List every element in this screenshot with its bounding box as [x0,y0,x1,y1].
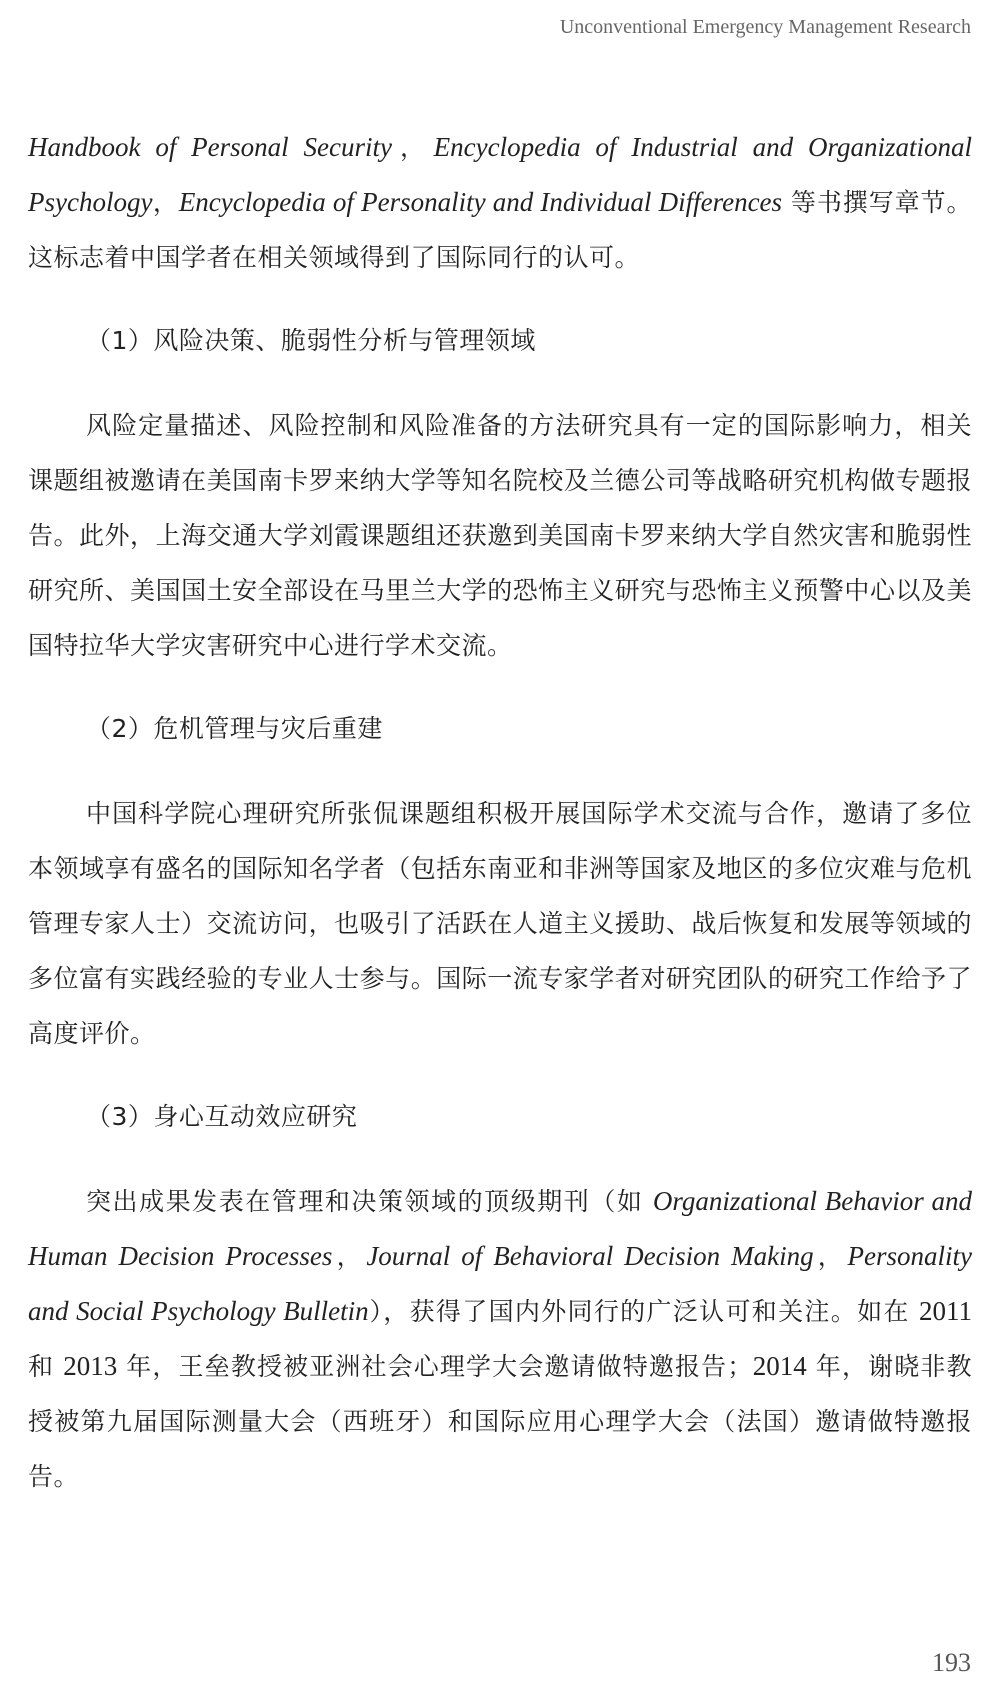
book-title: Encyclopedia of Personality and Individu… [179,187,782,217]
body-text: ），获得了国内外同行的广泛认可和关注。如在 [369,1297,919,1326]
section-body-2: 中国科学院心理研究所张侃课题组积极开展国际学术交流与合作，邀请了多位本领域享有盛… [28,786,972,1061]
section-heading-2: （2）危机管理与灾后重建 [28,701,972,756]
separator: ， [392,133,434,162]
separator: ， [332,1242,366,1271]
section-body-3: 突出成果发表在管理和决策领域的顶级期刊（如 Organizational Beh… [28,1174,972,1504]
running-header-title: Unconventional Emergency Management Rese… [560,16,971,39]
body-text: 和 [28,1352,63,1381]
section-heading-1: （1）风险决策、脆弱性分析与管理领域 [28,313,972,368]
separator: ， [152,188,178,217]
year: 2013 [63,1351,117,1381]
year: 2011 [919,1296,972,1326]
separator: ， [814,1242,848,1271]
section-heading-3: （3）身心互动效应研究 [28,1089,972,1144]
page-number: 193 [932,1648,971,1678]
year: 2014 [753,1351,807,1381]
page-body: Handbook of Personal Security，Encycloped… [28,120,972,1504]
body-text: 突出成果发表在管理和决策领域的顶级期刊（如 [86,1187,653,1216]
body-text: 年，王垒教授被亚洲社会心理学大会邀请做特邀报告； [117,1352,753,1381]
book-title: Handbook of Personal Security [28,132,392,162]
section-body-1: 风险定量描述、风险控制和风险准备的方法研究具有一定的国际影响力，相关课题组被邀请… [28,398,972,673]
intro-paragraph: Handbook of Personal Security，Encycloped… [28,120,972,285]
journal-title: Journal of Behavioral Decision Making [366,1241,813,1271]
